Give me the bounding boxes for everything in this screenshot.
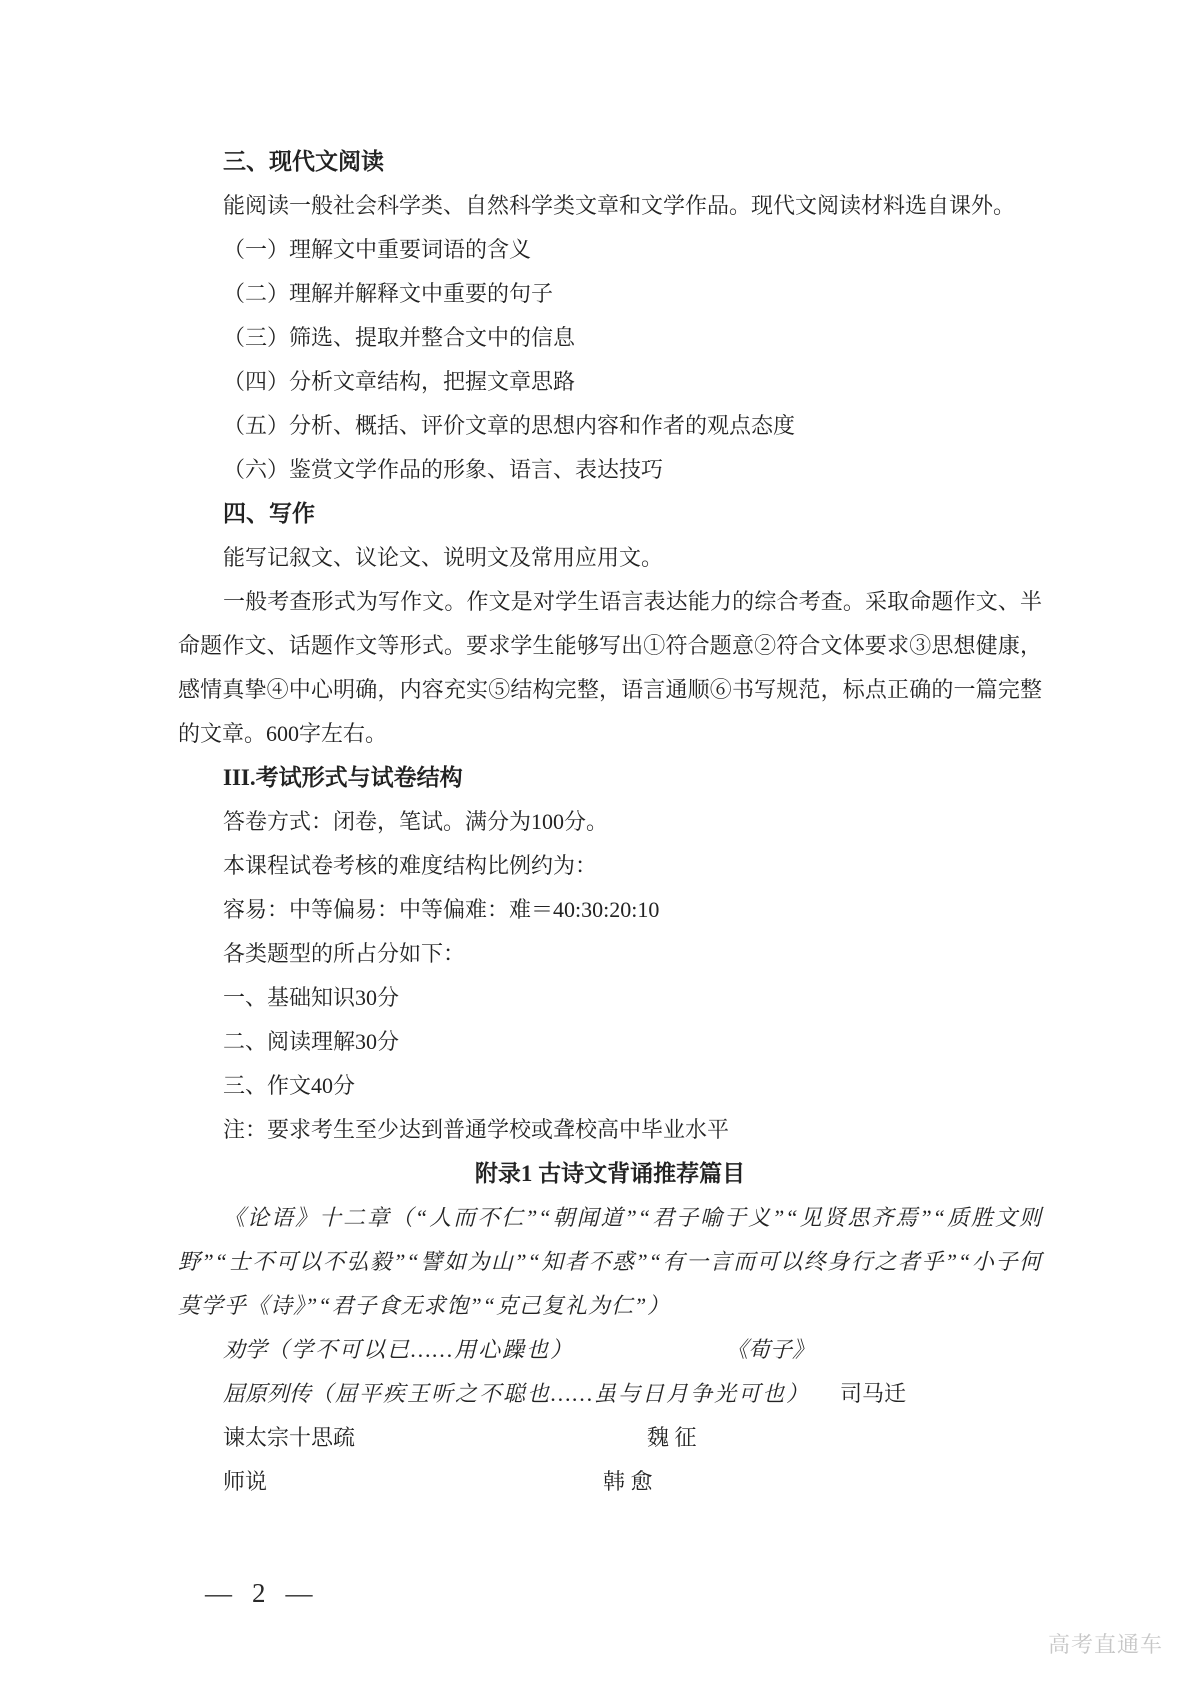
entry-author: 魏 征 [647, 1416, 697, 1460]
reading-item-4: （四）分析文章结构，把握文章思路 [178, 360, 1042, 404]
exam-line-1: 答卷方式：闭卷，笔试。满分为100分。 [178, 800, 1042, 844]
writing-para-2: 一般考查形式为写作文。作文是对学生语言表达能力的综合考查。采取命题作文、半命题作… [178, 580, 1042, 756]
exam-line-2: 本课程试卷考核的难度结构比例约为： [178, 844, 1042, 888]
appendix-entry-jiantaizong: 谏太宗十思疏 魏 征 [178, 1416, 1042, 1460]
exam-line-3: 容易：中等偏易：中等偏难：难＝40:30:20:10 [178, 888, 1042, 932]
appendix-entry-quyuanliezhuan: 屈原列传（屈平疾王听之不聪也……虽与日月争光可也） 司马迁 [178, 1372, 1042, 1416]
entry-title: 屈原列传 [223, 1381, 311, 1406]
reading-item-6: （六）鉴赏文学作品的形象、语言、表达技巧 [178, 448, 1042, 492]
entry-author: 韩 愈 [603, 1460, 653, 1504]
exam-line-6: 二、阅读理解30分 [178, 1020, 1042, 1064]
appendix-lunyu-paragraph: 《论语》十二章（“人而不仁”“朝闻道”“君子喻于义”“见贤思齐焉”“质胜文则野”… [178, 1196, 1042, 1328]
entry-author: 《荀子》 [726, 1328, 814, 1372]
entry-title: 师说 [223, 1469, 267, 1494]
document-page: 三、现代文阅读 能阅读一般社会科学类、自然科学类文章和文学作品。现代文阅读材料选… [0, 0, 1191, 1684]
exam-line-5: 一、基础知识30分 [178, 976, 1042, 1020]
exam-line-4: 各类题型的所占分如下： [178, 932, 1042, 976]
entry-title: 谏太宗十思疏 [223, 1425, 355, 1450]
appendix-entry-shishuo: 师说 韩 愈 [178, 1460, 1042, 1504]
exam-line-7: 三、作文40分 [178, 1064, 1042, 1108]
reading-item-3: （三）筛选、提取并整合文中的信息 [178, 316, 1042, 360]
appendix-heading: 附录1 古诗文背诵推荐篇目 [178, 1152, 1042, 1196]
footer-dash-left: — [205, 1578, 232, 1609]
writing-para-1: 能写记叙文、议论文、说明文及常用应用文。 [178, 536, 1042, 580]
footer-dash-right: — [286, 1578, 313, 1609]
reading-item-5: （五）分析、概括、评价文章的思想内容和作者的观点态度 [178, 404, 1042, 448]
section-exam-heading: III.考试形式与试卷结构 [178, 756, 1042, 800]
exam-line-8: 注：要求考生至少达到普通学校或聋校高中毕业水平 [178, 1108, 1042, 1152]
reading-item-1: （一）理解文中重要词语的含义 [178, 228, 1042, 272]
entry-title: 劝学 [223, 1337, 267, 1362]
page-number-footer: —2— [205, 1578, 313, 1609]
section-writing-heading: 四、写作 [178, 492, 1042, 536]
entry-author: 司马迁 [840, 1372, 906, 1416]
page-number: 2 [252, 1578, 266, 1609]
entry-note: （屈平疾王听之不聪也……虽与日月争光可也） [311, 1381, 810, 1406]
appendix-entry-quanxue: 劝学（学不可以已……用心躁也） 《荀子》 [178, 1328, 1042, 1372]
entry-note: （学不可以已……用心躁也） [267, 1337, 574, 1362]
section-reading-heading: 三、现代文阅读 [178, 140, 1042, 184]
document-content: 三、现代文阅读 能阅读一般社会科学类、自然科学类文章和文学作品。现代文阅读材料选… [178, 140, 1042, 1504]
section-reading-intro: 能阅读一般社会科学类、自然科学类文章和文学作品。现代文阅读材料选自课外。 [178, 184, 1042, 228]
watermark-gaokao-zhitongche: 高考直通车 [1048, 1628, 1163, 1659]
reading-item-2: （二）理解并解释文中重要的句子 [178, 272, 1042, 316]
